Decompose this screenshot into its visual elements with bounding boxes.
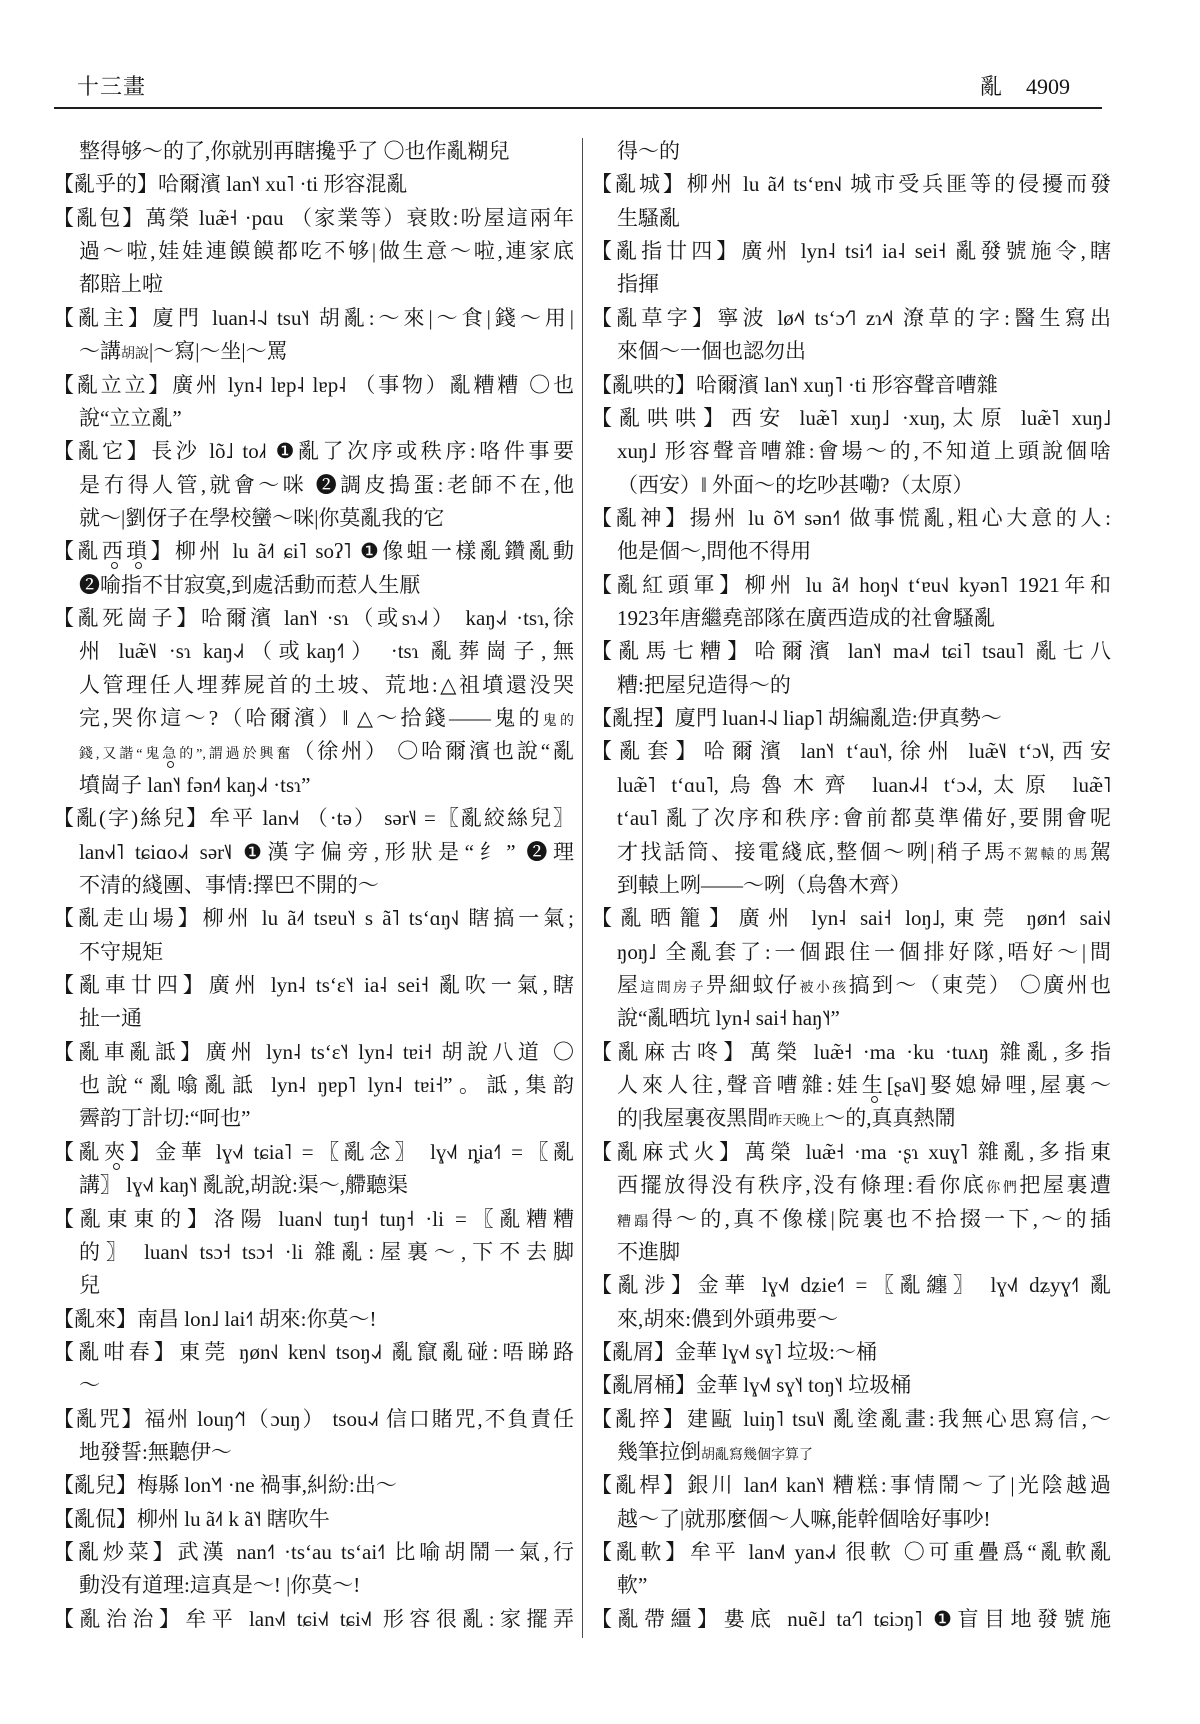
text-segment: 【亂 <box>53 1140 104 1164</box>
text-segment: 【亂車廿四】廣州 lyn˨ tsʻɛ˥˧ ia˨ sei˧ 亂吹一氣,瞎 <box>53 973 574 997</box>
text-segment: 不守規矩 <box>79 940 163 964</box>
text-segment: ～講 <box>79 339 121 363</box>
entry-line: 【亂捽】建甌 luiŋ˥ tsu˥˩ 亂塗亂畫:我無心思寫信,～ <box>591 1403 1111 1436</box>
entry-line: 【亂城】柳州 lu ã˨˦ tsʻɐn˧˩ 城市受兵匪等的侵擾而發 <box>591 168 1111 201</box>
entry-line: 【亂草字】寧波 lø˨˦˨ tsʻɔ˧˥˥ zɿ˨˦˨ 潦草的字:醫生寫出 <box>591 302 1111 335</box>
right-column: 得～的【亂城】柳州 lu ã˨˦ tsʻɐn˧˩ 城市受兵匪等的侵擾而發生騷亂【… <box>591 135 1111 1636</box>
continuation-line: 西擺放得没有秩序,没有條理:看你底你們把屋裏遭 <box>591 1169 1111 1202</box>
text-segment: 【亂馬七糟】哈爾濱 lan˥˧ ma˨˩˧ tɕi˥ tsau˥ 亂七八 <box>591 639 1111 663</box>
text-segment: 到轅上咧——～咧（烏魯木齊） <box>617 873 911 897</box>
continuation-line: 錢,又諧“鬼急的”,謂過於興奮（徐州） 〇哈爾濱也說“亂 <box>53 735 574 768</box>
text-segment: 得～的 <box>617 139 680 163</box>
text-segment: 【亂侃】柳州 lu ã˨˦ k ã˥˧ 瞎吹牛 <box>53 1507 330 1531</box>
text-segment: 屋 <box>617 973 640 997</box>
entry-line: 【亂乎的】哈爾濱 lan˥˧ xu˥ ·ti 形容混亂 <box>53 168 574 201</box>
entry-line: 【亂(字)絲兒】牟平 lan˧˩˧ （·tə） sər˥˩ =〖亂絞絲兒〗 <box>53 802 574 835</box>
text-segment: 【亂哄哄】西安 luæ̃˥ xuŋ˩ ·xuŋ,太原 luæ̃˥ xuŋ˩ <box>591 406 1111 430</box>
text-segment: 【亂草字】寧波 lø˨˦˨ tsʻɔ˧˥˥ zɿ˨˦˨ 潦草的字:醫生寫出 <box>591 306 1111 330</box>
text-segment: ～的,真真熱鬧 <box>824 1106 955 1130</box>
continuation-line: 不進脚 <box>591 1236 1111 1269</box>
marked-char: 生 <box>862 1073 887 1097</box>
continuation-line: 指揮 <box>591 268 1111 301</box>
continuation-line: ～ <box>53 1369 574 1402</box>
text-segment: 不清的綫團、事情:擇巴不開的～ <box>79 873 379 897</box>
running-head-character: 亂 <box>980 73 1002 101</box>
entry-line: 【亂桿】銀川 lan˨˦ kan˥˧ 糟糕:事情鬧～了|光陰越過 <box>591 1469 1111 1502</box>
text-segment: 1923年唐繼堯部隊在廣西造成的社會騷亂 <box>617 606 995 630</box>
continuation-line: 1923年唐繼堯部隊在廣西造成的社會騷亂 <box>591 602 1111 635</box>
gloss-note: 不駕轅的馬 <box>1008 848 1091 863</box>
continuation-line: 生騷亂 <box>591 202 1111 235</box>
text-segment: 越～了|就那麼個～人嘛,能幹個啥好事吵! <box>617 1507 990 1531</box>
text-segment: 動没有道理:這真是～! |你莫～! <box>79 1573 360 1597</box>
text-segment: xuŋ˩ 形容聲音嘈雜:會場～的,不知道上頭說個啥 <box>617 439 1111 463</box>
text-segment: 整得够～的了,你就别再瞎攙乎了 〇也作亂糊兒 <box>79 139 510 163</box>
entry-line: 【亂車亂詆】廣州 lyn˨ tsʻɛ˥˧ lyn˨ tɐi˧ 胡說八道 〇 <box>53 1036 574 1069</box>
continuation-line: 人管理任人埋葬屍首的土坡、荒地:△祖墳還没哭 <box>53 669 574 702</box>
text-segment: 【亂它】長沙 lõ˩ to˩˧ ❶亂了次序或秩序:咯件事要 <box>53 439 574 463</box>
text-segment: 都賠上啦 <box>79 272 163 296</box>
text-segment: lan˧˩˧˥ tɕiɑo˨˩˧ sər˥˩ ❶漢字偏旁,形狀是“纟” ❷理 <box>79 840 574 864</box>
continuation-line: 都賠上啦 <box>53 268 574 301</box>
text-segment: 【亂死崗子】哈爾濱 lan˥˧ ·sɿ（或sɿ˨˩˧） kaŋ˨˩˧ ·tsɿ,… <box>53 606 574 630</box>
continuation-line: 兒 <box>53 1269 574 1302</box>
entry-line: 【亂捏】廈門 luan˨˨˨˩ liap˥ 胡編亂造:伊真勢～ <box>591 702 1111 735</box>
marked-char: 西 <box>102 539 126 563</box>
text-segment: 【亂紅頭軍】柳州 lu ã˨˦ hoŋ˧˩ tʻɐu˧˩ kyən˥ 1921年… <box>591 573 1111 597</box>
entry-line: 【亂立立】廣州 lyn˨ lɐp˨ lɐp˨ （事物）亂糟糟 〇也 <box>53 369 574 402</box>
continuation-line: 越～了|就那麼個～人嘛,能幹個啥好事吵! <box>591 1503 1111 1536</box>
text-segment: 也說“亂噏亂詆 lyn˨ ŋɐp˥ lyn˨ tɐi˧”。詆,集韵 <box>79 1073 574 1097</box>
text-segment: 【亂來】南昌 lon˩ lai˧˥ 胡來:你莫～! <box>53 1307 376 1331</box>
text-segment: 就～|劉伢子在學校蠻～咪|你莫亂我的它 <box>79 506 444 530</box>
entry-line: 【亂侃】柳州 lu ã˨˦ k ã˥˧ 瞎吹牛 <box>53 1503 574 1536</box>
text-segment: 【亂東東的】洛陽 luan˧˩ tuŋ˧ tuŋ˧ ·li =〖亂糟糟 <box>53 1207 574 1231</box>
text-segment: 兒 <box>79 1273 100 1297</box>
gloss-note: 你們 <box>986 1181 1019 1196</box>
text-segment: 【亂捽】建甌 luiŋ˥ tsu˥˩ 亂塗亂畫:我無心思寫信,～ <box>591 1407 1111 1431</box>
continuation-line: ŋoŋ˩ 全亂套了:一個跟住一個排好隊,唔好～|間 <box>591 936 1111 969</box>
continuation-line: 不清的綫團、事情:擇巴不開的～ <box>53 869 574 902</box>
continuation-line: 講〗 lɣ˧˩˦ kaŋ˥˧ 亂說,胡說:渠～,艜聽渠 <box>53 1169 574 1202</box>
continuation-line: 過～啦,娃娃連饃饃都吃不够|做生意～啦,連家底 <box>53 235 574 268</box>
text-segment: 扯一通 <box>79 1006 142 1030</box>
text-segment: 【亂包】萬榮 luæ̃˧ ·pɑu （家業等）衰敗:吩屋這兩年 <box>53 206 574 230</box>
continuation-line: 屋這間房子畀細蚊仔被小孩搞到～（東莞） 〇廣州也 <box>591 969 1111 1002</box>
text-segment: 【亂桿】銀川 lan˨˦ kan˥˧ 糟糕:事情鬧～了|光陰越過 <box>591 1473 1111 1497</box>
text-segment: 【亂屑】金華 lɣ˧˩˦ sɣ˥ 垃圾:～桶 <box>591 1340 877 1364</box>
text-segment: 州 luæ̃˥˩ ·sɿ kaŋ˨˩˧（或kaŋ˧˥） ·tsɿ 亂葬崗子,無 <box>79 639 574 663</box>
entry-line: 【亂哄的】哈爾濱 lan˥˧ xuŋ˥ ·ti 形容聲音嘈雜 <box>591 369 1111 402</box>
text-segment: 墳崗子 lan˥˧ fən˨˦ kaŋ˨˩˧ ·tsɿ” <box>79 773 310 797</box>
continuation-line: 得～的 <box>591 135 1111 168</box>
continuation-line: 他是個～,問他不得用 <box>591 535 1111 568</box>
text-segment: 【亂晒籠】廣州 lyn˨ sai˧ loŋ˩,東莞 ŋøn˧˦ sai˧˩ <box>591 906 1111 930</box>
text-segment: 人管理任人埋葬屍首的土坡、荒地:△祖墳還没哭 <box>79 673 574 697</box>
entry-line: 【亂包】萬榮 luæ̃˧ ·pɑu （家業等）衰敗:吩屋這兩年 <box>53 202 574 235</box>
continuation-line: 糟:把屋兒造得～的 <box>591 669 1111 702</box>
continuation-line: 也說“亂噏亂詆 lyn˨ ŋɐp˥ lyn˨ tɐi˧”。詆,集韵 <box>53 1069 574 1102</box>
entry-line: 【亂咁春】東莞 ŋøn˧˩ kɐn˧˩ tsoŋ˨˩˧ 亂竄亂碰:唔睇路 <box>53 1336 574 1369</box>
entry-line: 【亂涉】金華 lɣ˧˩˥ dʑie˧˥ =〖亂纏〗 lɣ˧˩˥ dʑyɣ˧˥ 亂 <box>591 1269 1111 1302</box>
entry-line: 【亂套】哈爾濱 lan˥˧ tʻau˥˧,徐州 luæ̃˥˩ tʻɔ˥˩,西安 <box>591 735 1111 768</box>
marked-char: 急 <box>162 747 179 762</box>
text-segment: 【亂帶繮】婁底 nuẽ˩ ta˧˥˥ tɕiɔŋ˥ ❶盲目地發號施 <box>591 1607 1111 1631</box>
text-segment: 【亂城】柳州 lu ã˨˦ tsʻɐn˧˩ 城市受兵匪等的侵擾而發 <box>591 172 1111 196</box>
text-segment: 【亂指廿四】廣州 lyn˨ tsi˧˥ ia˨ sei˧ 亂發號施令,瞎 <box>591 239 1111 263</box>
text-segment: 【亂哄的】哈爾濱 lan˥˧ xuŋ˥ ·ti 形容聲音嘈雜 <box>591 373 998 397</box>
text-segment: 的|我屋裏夜黑間 <box>617 1106 768 1130</box>
text-segment: 【亂捏】廈門 luan˨˨˨˩ liap˥ 胡編亂造:伊真勢～ <box>591 706 1002 730</box>
text-segment: 講〗 lɣ˧˩˦ kaŋ˥˧ 亂說,胡說:渠～,艜聽渠 <box>79 1173 408 1197</box>
entry-line: 【亂麻式火】萬榮 luæ̃˧ ·ma ·ʂɿ xuɣ˥ 雜亂,多指東 <box>591 1136 1111 1169</box>
text-segment: 】金華 lɣ˧˩˦ tɕia˥ =〖亂念〗 lɣ˧˩˥ ȵia˧˥ =〖亂 <box>130 1140 574 1164</box>
text-segment: 西擺放得没有秩序,没有條理:看你底 <box>617 1173 986 1197</box>
section-label: 十三畫 <box>77 73 146 101</box>
text-segment: 【亂走山場】柳州 lu ã˨˦ tsɐu˥˧ s ã˥ tsʻɑŋ˧˩ 瞎搞一氣… <box>53 906 574 930</box>
text-segment: ～ <box>79 1373 100 1397</box>
entry-line: 【亂馬七糟】哈爾濱 lan˥˧ ma˨˩˧ tɕi˥ tsau˥ 亂七八 <box>591 635 1111 668</box>
continuation-line: 霽韵丁計切:“呵也” <box>53 1102 574 1135</box>
entry-line: 【亂咒】福州 louŋ˧˥˦（ɔuŋ） tsou˨˩˧ 信口賭咒,不負責任 <box>53 1403 574 1436</box>
entry-line: 【亂東東的】洛陽 luan˧˩ tuŋ˧ tuŋ˧ ·li =〖亂糟糟 <box>53 1203 574 1236</box>
continuation-line: 的|我屋裏夜黑間昨天晚上～的,真真熱鬧 <box>591 1102 1111 1135</box>
continuation-line: 糟蹋得～的,真不像樣|院裏也不拾掇一下,～的插 <box>591 1203 1111 1236</box>
continuation-line: luæ̃˥ tʻɑu˥,烏魯木齊 luan˨˩˧˨ tʻɔ˨˩˧,太原 luæ̃… <box>591 769 1111 802</box>
text-segment: 他是個～,問他不得用 <box>617 539 811 563</box>
text-segment: 【亂兒】梅縣 lon˥˧˥ ·ne 禍事,糾紛:出～ <box>53 1473 397 1497</box>
text-segment: 【亂炒菜】武漢 nan˧˥ ·tsʻau tsʻai˧˥ 比喻胡鬧一氣,行 <box>53 1540 574 1564</box>
continuation-line: 人來人往,聲音嘈雜:娃生[ʂa˥˩]娶媳婦哩,屋裏～ <box>591 1069 1111 1102</box>
text-segment: 來個～一個也認勿出 <box>617 339 806 363</box>
text-segment: 【亂乎的】哈爾濱 lan˥˧ xu˥ ·ti 形容混亂 <box>53 172 407 196</box>
text-segment: 】柳州 lu ã˨˦ ɕi˥ soʔ˥ ❶像蛆一樣亂鑽亂動 <box>151 539 574 563</box>
entry-line: 【亂紅頭軍】柳州 lu ã˨˦ hoŋ˧˩ tʻɐu˧˩ kyən˥ 1921年… <box>591 569 1111 602</box>
entry-line: 【亂來】南昌 lon˩ lai˧˥ 胡來:你莫～! <box>53 1303 574 1336</box>
continuation-line: lan˧˩˧˥ tɕiɑo˨˩˧ sər˥˩ ❶漢字偏旁,形狀是“纟” ❷理 <box>53 836 574 869</box>
continuation-line: ～講胡說|～寫|～坐|～罵 <box>53 335 574 368</box>
text-segment: 搞到～（東莞） 〇廣州也 <box>849 973 1111 997</box>
text-segment: 【亂套】哈爾濱 lan˥˧ tʻau˥˧,徐州 luæ̃˥˩ tʻɔ˥˩,西安 <box>591 739 1111 763</box>
continuation-line: tʻau˥ 亂了次序和秩序:會前都莫準備好,要開會呢 <box>591 802 1111 835</box>
gloss-note: 這間房子 <box>640 981 706 996</box>
text-segment: 過～啦,娃娃連饃饃都吃不够|做生意～啦,連家底 <box>79 239 574 263</box>
text-segment: 生騷亂 <box>617 206 680 230</box>
text-segment: 說“亂晒坑 lyn˨ sai˧ haŋ˥˧” <box>617 1006 840 1030</box>
entry-line: 【亂指廿四】廣州 lyn˨ tsi˧˥ ia˨ sei˧ 亂發號施令,瞎 <box>591 235 1111 268</box>
gloss-note: 胡亂寫幾個字算了 <box>701 1448 813 1463</box>
continuation-line: ❷喻指不甘寂寞,到處活動而惹人生厭 <box>53 569 574 602</box>
continuation-line: 地發誓:無聽伊～ <box>53 1436 574 1469</box>
marked-char: 夾 <box>104 1140 130 1164</box>
text-segment: |～寫|～坐|～罵 <box>149 339 288 363</box>
text-segment: 的〗 luan˧˩ tsɔ˧ tsɔ˧ ·li 雜亂:屋裏～,下不去脚 <box>79 1240 574 1264</box>
text-segment: 不進脚 <box>617 1240 680 1264</box>
text-segment: 地發誓:無聽伊～ <box>79 1440 232 1464</box>
text-segment: ❷喻指不甘寂寞,到處活動而惹人生厭 <box>79 573 420 597</box>
continuation-line: 就～|劉伢子在學校蠻～咪|你莫亂我的它 <box>53 502 574 535</box>
gloss-note: 被小孩 <box>799 981 848 996</box>
text-segment: 指揮 <box>617 272 659 296</box>
text-segment: 完,哭你這～?（哈爾濱）‖ △～拾錢——鬼的 <box>79 706 543 730</box>
continuation-line: 說“立立亂” <box>53 402 574 435</box>
text-segment: 【亂神】揚州 lu õ˥˧˥ sən˧˥ 做事慌亂,粗心大意的人: <box>591 506 1111 530</box>
text-segment: ŋoŋ˩ 全亂套了:一個跟住一個排好隊,唔好～|間 <box>617 940 1111 964</box>
continuation-line: 軟” <box>591 1569 1111 1602</box>
entry-line: 【亂主】廈門 luan˨˨˨˩ tsu˥˧ 胡亂:～來|～食|錢～用| <box>53 302 574 335</box>
text-segment: 霽韵丁計切:“呵也” <box>79 1106 250 1130</box>
text-segment: 【亂主】廈門 luan˨˨˨˩ tsu˥˧ 胡亂:～來|～食|錢～用| <box>53 306 574 330</box>
continuation-line: 州 luæ̃˥˩ ·sɿ kaŋ˨˩˧（或kaŋ˧˥） ·tsɿ 亂葬崗子,無 <box>53 635 574 668</box>
text-segment: 【亂咒】福州 louŋ˧˥˦（ɔuŋ） tsou˨˩˧ 信口賭咒,不負責任 <box>53 1407 574 1431</box>
continuation-line: 墳崗子 lan˥˧ fən˨˦ kaŋ˨˩˧ ·tsɿ” <box>53 769 574 802</box>
continuation-line: xuŋ˩ 形容聲音嘈雜:會場～的,不知道上頭說個啥 <box>591 435 1111 468</box>
continuation-line: 到轅上咧——～咧（烏魯木齊） <box>591 869 1111 902</box>
continuation-line: 幾筆拉倒胡亂寫幾個字算了 <box>591 1436 1111 1469</box>
text-segment: 【亂麻古咚】萬榮 luæ̃˧ ·ma ·ku ·tuʌŋ 雜亂,多指 <box>591 1040 1111 1064</box>
entry-line: 【亂它】長沙 lõ˩ to˩˧ ❶亂了次序或秩序:咯件事要 <box>53 435 574 468</box>
continuation-line: 的〗 luan˧˩ tsɔ˧ tsɔ˧ ·li 雜亂:屋裏～,下不去脚 <box>53 1236 574 1269</box>
continuation-line: 是冇得人管,就會～咪 ❷調皮搗蛋:老師不在,他 <box>53 469 574 502</box>
entry-line: 【亂車廿四】廣州 lyn˨ tsʻɛ˥˧ ia˨ sei˧ 亂吹一氣,瞎 <box>53 969 574 1002</box>
text-segment: （徐州） 〇哈爾濱也說“亂 <box>293 739 574 763</box>
gloss-note: 的”,謂過於興奮 <box>179 747 293 762</box>
gloss-note: 糟蹋 <box>617 1215 652 1230</box>
text-segment: （西安）‖ 外面～的圪吵甚嘞?（太原） <box>617 473 973 497</box>
header-rule <box>54 107 1102 109</box>
gloss-note: 昨天晚上 <box>768 1114 824 1129</box>
text-segment: 【亂麻式火】萬榮 luæ̃˧ ·ma ·ʂɿ xuɣ˥ 雜亂,多指東 <box>591 1140 1111 1164</box>
continuation-line: 才找話筒、接電綫底,整個～咧|稍子馬不駕轅的馬駕 <box>591 836 1111 869</box>
column-divider <box>582 138 583 1638</box>
gloss-note: 胡說 <box>121 347 149 362</box>
dictionary-page: 十三畫 亂 4909 整得够～的了,你就别再瞎攙乎了 〇也作亂糊兒【亂乎的】哈爾… <box>0 0 1200 1724</box>
continuation-line: 來,胡來:儂到外頭弗要～ <box>591 1303 1111 1336</box>
page-number: 4909 <box>1026 73 1070 101</box>
marked-char: 瑣 <box>126 539 150 563</box>
text-segment: 是冇得人管,就會～咪 ❷調皮搗蛋:老師不在,他 <box>79 473 574 497</box>
text-segment: [ʂa˥˩]娶媳婦哩,屋裏～ <box>887 1073 1111 1097</box>
continuation-line: （西安）‖ 外面～的圪吵甚嘞?（太原） <box>591 469 1111 502</box>
entry-line: 【亂哄哄】西安 luæ̃˥ xuŋ˩ ·xuŋ,太原 luæ̃˥ xuŋ˩ <box>591 402 1111 435</box>
gloss-note: 鬼的 <box>543 714 574 729</box>
text-segment: 畀細蚊仔 <box>706 973 800 997</box>
text-segment: 【亂軟】牟平 lan˧˩˥ yan˨˩˧ 很軟 〇可重疊爲“亂軟亂 <box>591 1540 1111 1564</box>
text-segment: 軟” <box>617 1573 647 1597</box>
text-segment: 才找話筒、接電綫底,整個～咧|稍子馬 <box>617 840 1008 864</box>
continuation-line: 整得够～的了,你就别再瞎攙乎了 〇也作亂糊兒 <box>53 135 574 168</box>
continuation-line: 完,哭你這～?（哈爾濱）‖ △～拾錢——鬼的鬼的 <box>53 702 574 735</box>
text-segment: 【亂(字)絲兒】牟平 lan˧˩˧ （·tə） sər˥˩ =〖亂絞絲兒〗 <box>53 806 574 830</box>
text-segment: 【亂治治】牟平 lan˧˩˥ tɕi˧˩˦ tɕi˧˩˥ 形容很亂:家擺弄 <box>53 1607 574 1631</box>
entry-line: 【亂晒籠】廣州 lyn˨ sai˧ loŋ˩,東莞 ŋøn˧˦ sai˧˩ <box>591 902 1111 935</box>
entry-line: 【亂走山場】柳州 lu ã˨˦ tsɐu˥˧ s ã˥ tsʻɑŋ˧˩ 瞎搞一氣… <box>53 902 574 935</box>
text-segment: 人來人往,聲音嘈雜:娃 <box>617 1073 862 1097</box>
text-segment: 說“立立亂” <box>79 406 182 430</box>
entry-line: 【亂屑桶】金華 lɣ˧˩˥ sɣ˥˧ toŋ˥˧ 垃圾桶 <box>591 1369 1111 1402</box>
text-segment: 【亂咁春】東莞 ŋøn˧˩ kɐn˧˩ tsoŋ˨˩˧ 亂竄亂碰:唔睇路 <box>53 1340 574 1364</box>
text-segment: 來,胡來:儂到外頭弗要～ <box>617 1307 838 1331</box>
entry-line: 【亂神】揚州 lu õ˥˧˥ sən˧˥ 做事慌亂,粗心大意的人: <box>591 502 1111 535</box>
text-segment: 【亂 <box>53 539 102 563</box>
gloss-note: 錢,又諧“鬼 <box>79 747 162 762</box>
continuation-line: 不守規矩 <box>53 936 574 969</box>
continuation-line: 來個～一個也認勿出 <box>591 335 1111 368</box>
entry-line: 【亂死崗子】哈爾濱 lan˥˧ ·sɿ（或sɿ˨˩˧） kaŋ˨˩˧ ·tsɿ,… <box>53 602 574 635</box>
continuation-line: 說“亂晒坑 lyn˨ sai˧ haŋ˥˧” <box>591 1002 1111 1035</box>
text-segment: tʻau˥ 亂了次序和秩序:會前都莫準備好,要開會呢 <box>617 806 1111 830</box>
text-segment: luæ̃˥ tʻɑu˥,烏魯木齊 luan˨˩˧˨ tʻɔ˨˩˧,太原 luæ̃… <box>617 773 1111 797</box>
entry-line: 【亂西瑣】柳州 lu ã˨˦ ɕi˥ soʔ˥ ❶像蛆一樣亂鑽亂動 <box>53 535 574 568</box>
left-column: 整得够～的了,你就别再瞎攙乎了 〇也作亂糊兒【亂乎的】哈爾濱 lan˥˧ xu˥… <box>53 135 574 1636</box>
entry-line: 【亂軟】牟平 lan˧˩˥ yan˨˩˧ 很軟 〇可重疊爲“亂軟亂 <box>591 1536 1111 1569</box>
entry-line: 【亂炒菜】武漢 nan˧˥ ·tsʻau tsʻai˧˥ 比喻胡鬧一氣,行 <box>53 1536 574 1569</box>
entry-line: 【亂夾】金華 lɣ˧˩˦ tɕia˥ =〖亂念〗 lɣ˧˩˥ ȵia˧˥ =〖亂 <box>53 1136 574 1169</box>
text-segment: 【亂立立】廣州 lyn˨ lɐp˨ lɐp˨ （事物）亂糟糟 〇也 <box>53 373 574 397</box>
text-segment: 得～的,真不像樣|院裏也不拾掇一下,～的插 <box>652 1207 1111 1231</box>
text-segment: 駕 <box>1090 840 1111 864</box>
text-segment: 糟:把屋兒造得～的 <box>617 673 791 697</box>
entry-line: 【亂兒】梅縣 lon˥˧˥ ·ne 禍事,糾紛:出～ <box>53 1469 574 1502</box>
entry-line: 【亂屑】金華 lɣ˧˩˦ sɣ˥ 垃圾:～桶 <box>591 1336 1111 1369</box>
text-segment: 幾筆拉倒 <box>617 1440 701 1464</box>
entry-line: 【亂麻古咚】萬榮 luæ̃˧ ·ma ·ku ·tuʌŋ 雜亂,多指 <box>591 1036 1111 1069</box>
entry-line: 【亂治治】牟平 lan˧˩˥ tɕi˧˩˦ tɕi˧˩˥ 形容很亂:家擺弄 <box>53 1603 574 1636</box>
text-segment: 把屋裏遭 <box>1019 1173 1111 1197</box>
text-segment: 【亂涉】金華 lɣ˧˩˥ dʑie˧˥ =〖亂纏〗 lɣ˧˩˥ dʑyɣ˧˥ 亂 <box>591 1273 1111 1297</box>
text-segment: 【亂車亂詆】廣州 lyn˨ tsʻɛ˥˧ lyn˨ tɐi˧ 胡說八道 〇 <box>53 1040 574 1064</box>
continuation-line: 動没有道理:這真是～! |你莫～! <box>53 1569 574 1602</box>
text-segment: 【亂屑桶】金華 lɣ˧˩˥ sɣ˥˧ toŋ˥˧ 垃圾桶 <box>591 1373 911 1397</box>
entry-line: 【亂帶繮】婁底 nuẽ˩ ta˧˥˥ tɕiɔŋ˥ ❶盲目地發號施 <box>591 1603 1111 1636</box>
continuation-line: 扯一通 <box>53 1002 574 1035</box>
